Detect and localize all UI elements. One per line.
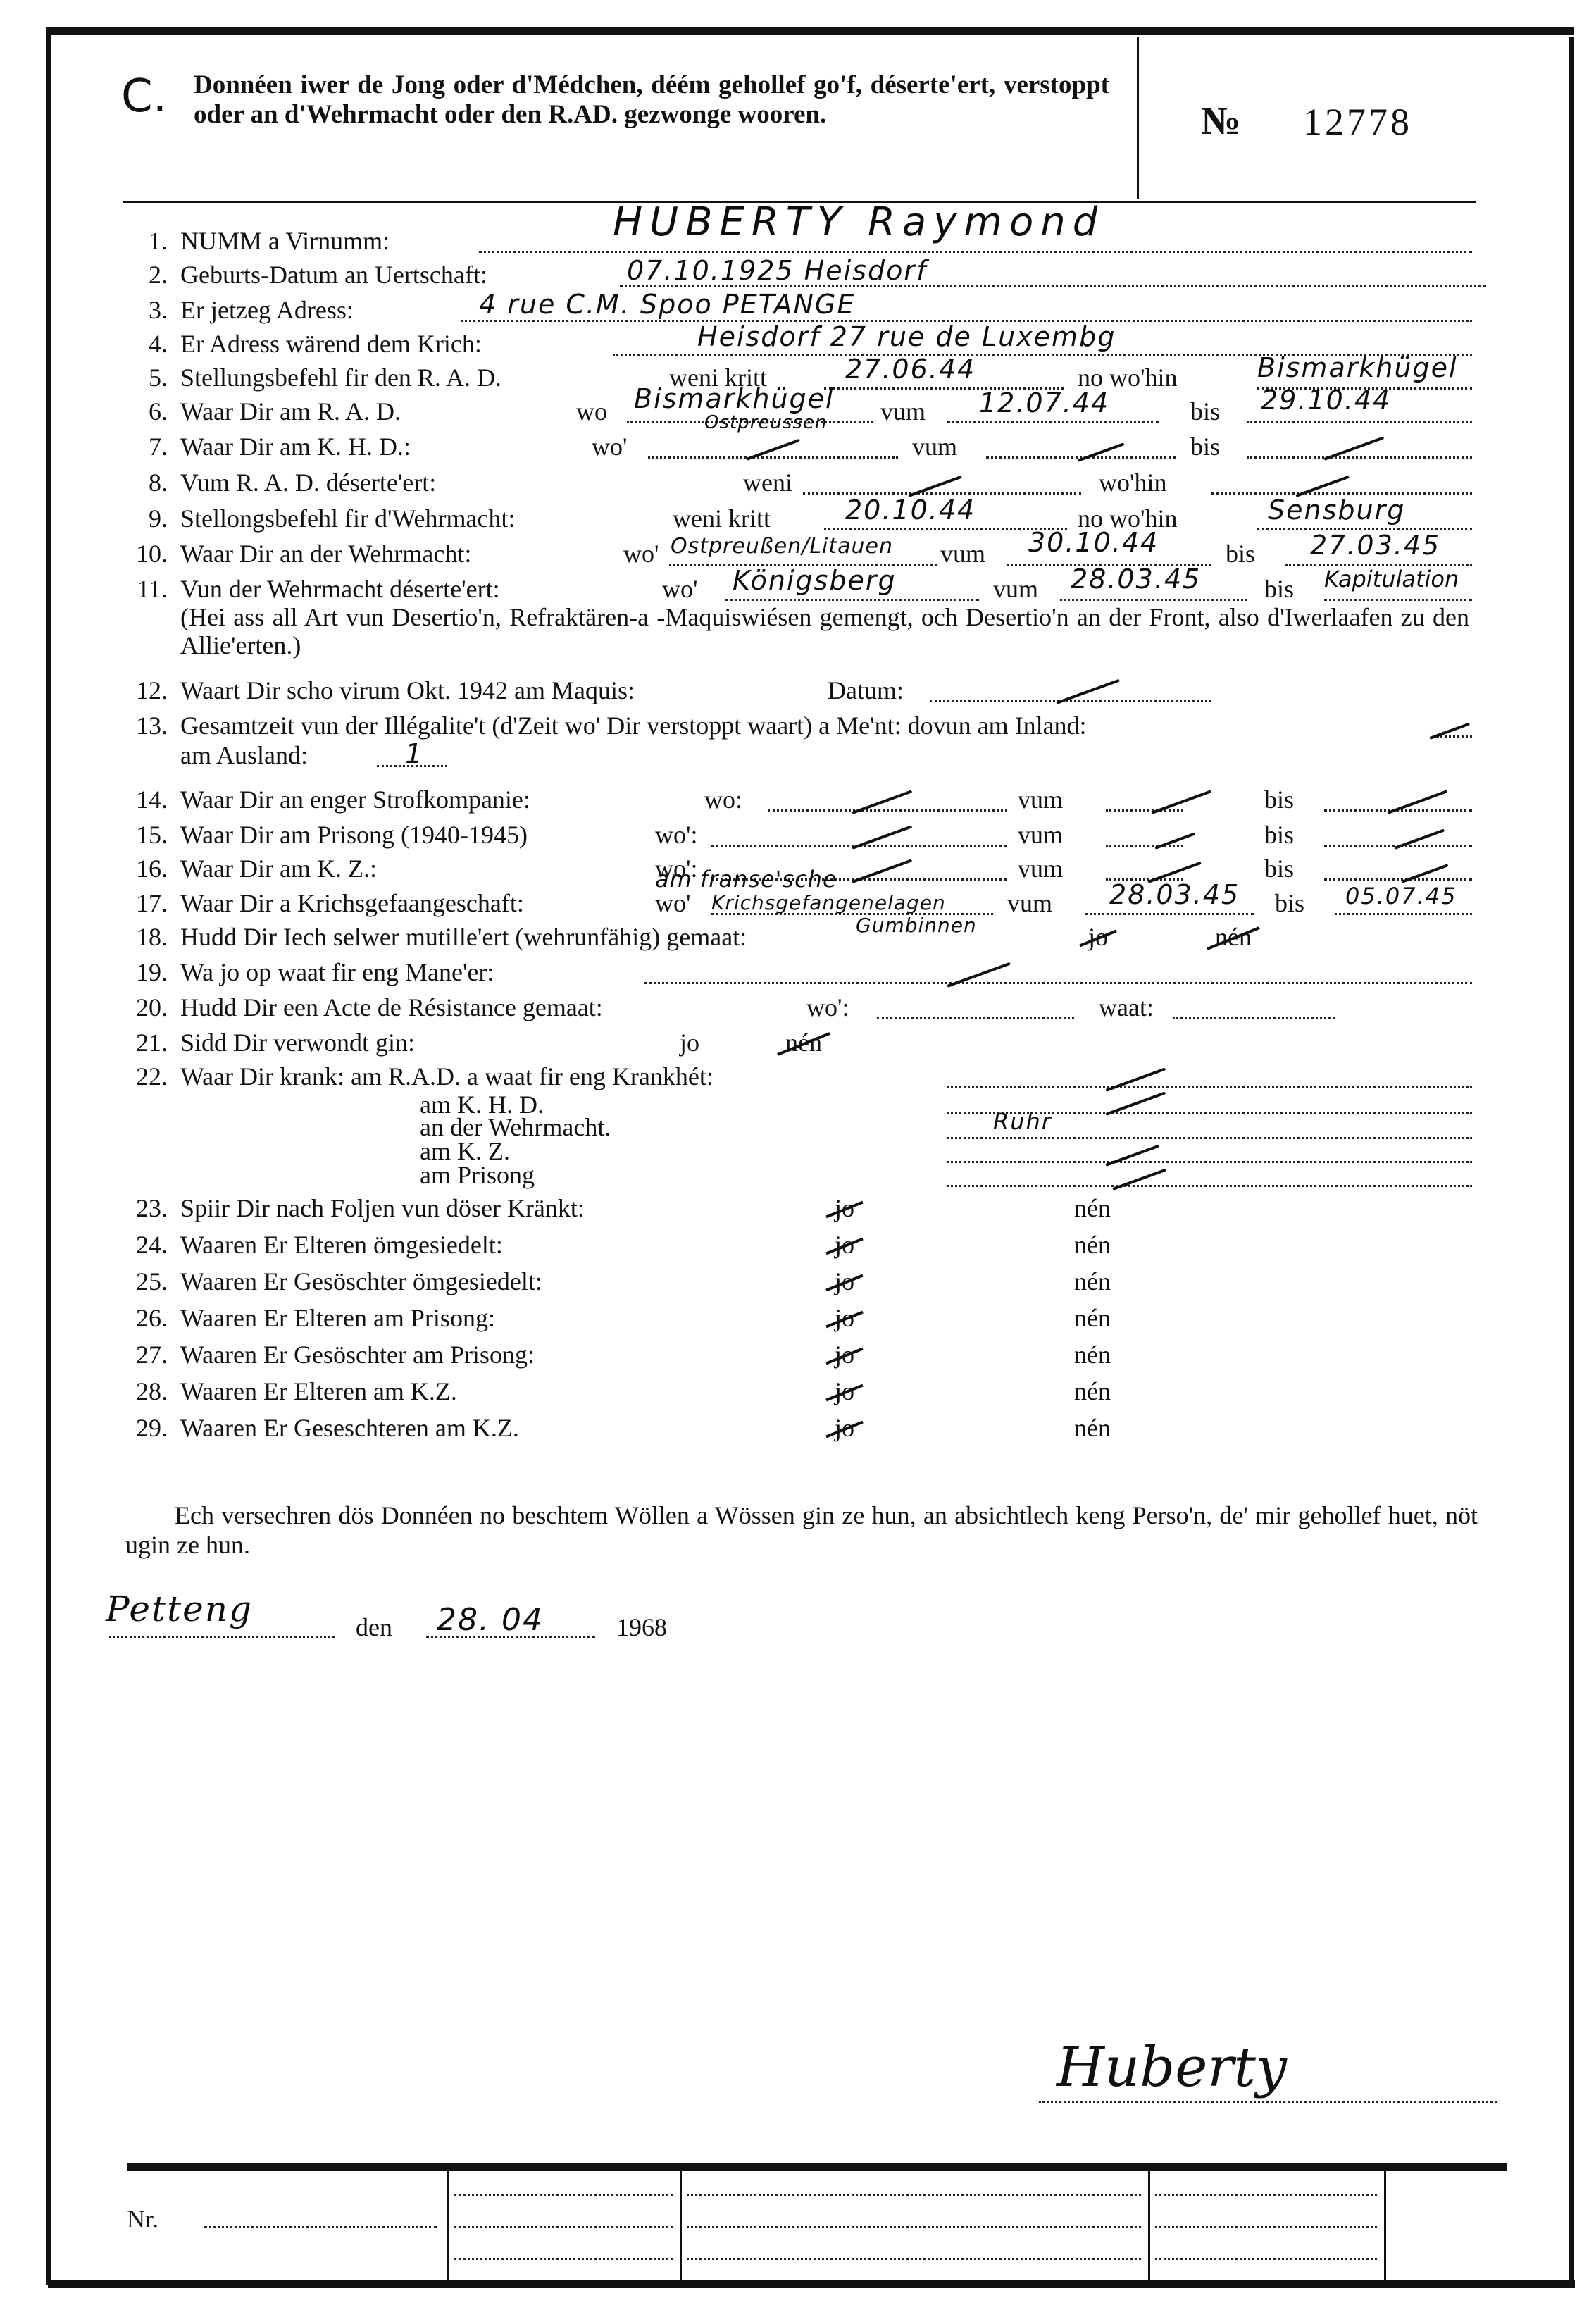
- question-label: Geburts-Datum an Uertschaft:: [180, 261, 487, 289]
- keyword-bis: bis: [1275, 889, 1304, 917]
- keyword-bis: bis: [1190, 433, 1220, 461]
- question-label: Sidd Dir verwondt gin:: [180, 1029, 415, 1057]
- footer-table-column-divider: [1384, 2171, 1386, 2281]
- question-label: Waar Dir am R. A. D.: [180, 397, 401, 425]
- question-row-28: 28.Waaren Er Elteren am K.Z.: [106, 1377, 457, 1405]
- answer-line: [644, 982, 1472, 984]
- question-row-3: 3.Er jetzeg Adress:: [106, 296, 354, 324]
- question-label: Waar Dir an enger Strofkompanie:: [180, 785, 530, 814]
- footer-field[interactable]: [687, 2258, 1141, 2260]
- answer-desertion-from[interactable]: 28.03.45: [1071, 565, 1201, 593]
- keyword-wohin: wo'hin: [1099, 468, 1167, 497]
- question-13-line2: am Ausland:: [180, 741, 308, 769]
- section-title: Donnéen iwer de Jong oder d'Médchen, déé…: [194, 70, 1109, 130]
- footer-field[interactable]: [454, 2194, 673, 2196]
- question-number: 28.: [106, 1377, 168, 1405]
- question-11-note: (Hei ass all Art vun Desertio'n, Refrakt…: [180, 603, 1469, 659]
- option-nen[interactable]: nén: [1074, 1267, 1111, 1295]
- answer-line: [1060, 599, 1247, 601]
- answer-pow-from[interactable]: 28.03.45: [1109, 881, 1240, 909]
- question-number: 25.: [106, 1267, 168, 1295]
- dash-mark: [1105, 1145, 1159, 1167]
- option-jo[interactable]: jo: [835, 1194, 854, 1222]
- header-divider: [1137, 37, 1139, 199]
- footer-table-column-divider: [1148, 2171, 1150, 2281]
- answer-rad-location-sub[interactable]: Ostpreussen: [704, 409, 827, 437]
- question-label: NUMM a Virnumm:: [180, 227, 390, 255]
- signature-date[interactable]: 28. 04: [437, 1606, 544, 1634]
- footer-field[interactable]: [1155, 2258, 1377, 2260]
- dash-mark: [1112, 1169, 1166, 1191]
- question-row-23: 23.Spiir Dir nach Foljen vun döser Kränk…: [106, 1194, 585, 1222]
- question-label: Waar Dir am K. Z.:: [180, 855, 377, 883]
- form-number: 12778: [1303, 100, 1412, 144]
- frame-border-bottom: [48, 2280, 1575, 2288]
- option-jo[interactable]: jo: [835, 1414, 854, 1442]
- question-row-29: 29.Waaren Er Geseschteren am K.Z.: [106, 1414, 519, 1442]
- question-number: 17.: [106, 889, 168, 917]
- option-nen[interactable]: nén: [1074, 1231, 1111, 1259]
- question-number: 20.: [106, 993, 168, 1021]
- label-am-ausland: am Ausland:: [180, 741, 308, 769]
- keyword-vum: vum: [993, 575, 1038, 603]
- footer-field[interactable]: [1155, 2194, 1377, 2196]
- answer-wartime-address[interactable]: Heisdorf 27 rue de Luxembg: [697, 323, 1116, 351]
- frame-border-top: [51, 27, 1574, 35]
- answer-line: [1247, 421, 1472, 423]
- option-jo[interactable]: jo: [680, 1029, 699, 1057]
- question-row-26: 26.Waaren Er Elteren am Prisong:: [106, 1304, 495, 1332]
- question-number: 10.: [106, 540, 168, 568]
- question-number: 19.: [106, 958, 168, 986]
- answer-line: [947, 421, 1159, 423]
- keyword-vum: vum: [1018, 785, 1063, 814]
- option-jo-struck: jo: [835, 1414, 854, 1442]
- question-label: Stellungsbefehl fir den R. A. D.: [180, 363, 501, 392]
- question-number: 11.: [106, 575, 168, 603]
- footer-table-top-rule: [127, 2163, 1507, 2171]
- question-number: 2.: [106, 261, 168, 289]
- frame-border-right: [1569, 37, 1574, 2284]
- option-jo-struck: jo: [835, 1231, 854, 1259]
- answer-line: [947, 1137, 1472, 1139]
- question-row-24: 24.Waaren Er Elteren ömgesiedelt:: [106, 1231, 503, 1259]
- question-number: 22.: [106, 1062, 168, 1090]
- keyword-vum: vum: [880, 397, 926, 425]
- keyword-vum: vum: [912, 433, 957, 461]
- keyword-waat: waat:: [1099, 993, 1154, 1021]
- question-label: Er jetzeg Adress:: [180, 296, 354, 324]
- question-row-11: 11.Vun der Wehrmacht déserte'ert:: [106, 575, 500, 603]
- answer-line: [1106, 845, 1183, 847]
- answer-line: [1324, 599, 1472, 601]
- answer-rad-destination[interactable]: Bismarkhügel: [1257, 354, 1458, 382]
- dash-mark: [1077, 442, 1124, 462]
- question-row-22: 22.Waar Dir krank: am R.A.D. a waat fir …: [106, 1062, 714, 1090]
- answer-line: [1437, 735, 1472, 738]
- answer-pow-location-sub[interactable]: Gumbinnen: [856, 912, 977, 940]
- option-jo[interactable]: jo: [835, 1341, 854, 1369]
- footer-field[interactable]: [1155, 2226, 1377, 2228]
- answer-rad-order-date[interactable]: 27.06.44: [845, 355, 976, 383]
- footer-table-column-divider: [680, 2171, 682, 2281]
- answer-line: [947, 1086, 1472, 1088]
- question-label: Waar Dir am K. H. D.:: [180, 433, 411, 461]
- option-jo-struck: jo: [835, 1341, 854, 1369]
- answer-line: [1106, 809, 1183, 812]
- question-label: Waar Dir krank: am R.A.D. a waat fir eng…: [180, 1062, 714, 1090]
- question-label: Waar Dir an der Wehrmacht:: [180, 540, 471, 568]
- option-nen[interactable]: nén: [1074, 1341, 1111, 1369]
- option-jo[interactable]: jo: [835, 1377, 854, 1405]
- keyword-wo: wo:: [704, 785, 742, 814]
- answer-line: [1335, 913, 1472, 915]
- option-nen[interactable]: nén: [1074, 1377, 1111, 1405]
- number-sign: №: [1201, 99, 1240, 144]
- question-number: 16.: [106, 855, 168, 883]
- option-jo[interactable]: jo: [835, 1267, 854, 1295]
- keyword-wo: wo': [655, 889, 690, 917]
- question-number: 13.: [106, 712, 168, 740]
- footer-field[interactable]: [454, 2258, 673, 2260]
- question-row-16: 16.Waar Dir am K. Z.:: [106, 855, 377, 883]
- question-label: Waaren Er Elteren am K.Z.: [180, 1377, 457, 1405]
- answer-birth[interactable]: 07.10.1925 Heisdorf: [627, 256, 927, 285]
- signature-year: 1968: [616, 1613, 667, 1641]
- question-number: 12.: [106, 676, 168, 704]
- question-number: 3.: [106, 296, 168, 324]
- question-number: 4.: [106, 330, 168, 358]
- option-jo[interactable]: jo: [835, 1304, 854, 1332]
- keyword-vum: vum: [1007, 889, 1052, 917]
- question-row-20: 20.Hudd Dir een Acte de Résistance gemaa…: [106, 993, 603, 1021]
- answer-wehrmacht-location[interactable]: Ostpreußen/Litauen: [671, 533, 893, 561]
- question-row-9: 9.Stellongsbefehl fir d'Wehrmacht:: [106, 504, 515, 533]
- signature-place[interactable]: Petteng: [106, 1595, 253, 1623]
- keyword-bis: bis: [1264, 821, 1294, 849]
- option-jo-struck: jo: [835, 1377, 854, 1405]
- answer-desertion-to[interactable]: Kapitulation: [1324, 565, 1459, 593]
- keyword-vum: vum: [1018, 855, 1063, 883]
- sub-label: am Prisong: [420, 1161, 535, 1189]
- keyword-bis: bis: [1226, 540, 1255, 568]
- question-label: Waaren Er Gesöschter ömgesiedelt:: [180, 1267, 542, 1295]
- keyword-datum: Datum:: [828, 676, 904, 704]
- footer-nr-label: Nr.: [127, 2205, 158, 2233]
- answer-line: [1085, 913, 1254, 915]
- footer-field[interactable]: [687, 2194, 1141, 2196]
- answer-illness-wehrmacht[interactable]: Ruhr: [993, 1107, 1052, 1136]
- question-row-5: 5.Stellungsbefehl fir den R. A. D.: [106, 363, 501, 392]
- answer-wehrmacht-from[interactable]: 30.10.44: [1028, 528, 1159, 557]
- answer-desertion-location[interactable]: Königsberg: [733, 566, 897, 595]
- question-label: Wa jo op waat fir eng Mane'er:: [180, 958, 494, 986]
- question-row-2: 2.Geburts-Datum an Uertschaft:: [106, 261, 487, 289]
- question-row-25: 25.Waaren Er Gesöschter ömgesiedelt:: [106, 1267, 542, 1295]
- keyword-wo: wo':: [806, 993, 849, 1021]
- keyword-wo: wo': [662, 575, 697, 603]
- question-number: 23.: [106, 1194, 168, 1222]
- question-number: 1.: [106, 227, 168, 255]
- question-number: 15.: [106, 821, 168, 849]
- question-number: 18.: [106, 923, 168, 951]
- label-den: den: [356, 1613, 392, 1641]
- question-number: 26.: [106, 1304, 168, 1332]
- question-label: Waar Dir am Prisong (1940-1945): [180, 821, 528, 849]
- option-nen-struck: nén: [1215, 923, 1252, 951]
- question-number: 6.: [106, 397, 168, 425]
- option-nen[interactable]: nén: [785, 1029, 822, 1057]
- answer-line: [947, 1185, 1472, 1187]
- question-label: Gesamtzeit vun der Illégalite't (d'Zeit …: [180, 712, 1087, 740]
- frame-border-left: [46, 27, 51, 2285]
- question-row-7: 7.Waar Dir am K. H. D.:: [106, 433, 411, 461]
- option-jo-struck: jo: [1088, 923, 1108, 951]
- answer-line: [947, 1161, 1472, 1163]
- question-label: Waar Dir a Krichsgefaangeschaft:: [180, 889, 524, 917]
- keyword-bis: bis: [1264, 785, 1294, 814]
- option-nen[interactable]: nén: [1215, 923, 1252, 951]
- keyword-wo: wo':: [655, 821, 698, 849]
- question-number: 27.: [106, 1341, 168, 1369]
- answer-wehrmacht-order-date[interactable]: 20.10.44: [845, 496, 976, 524]
- answer-line: [109, 1636, 335, 1638]
- answer-line: [1247, 456, 1472, 459]
- question-row-13: 13.Gesamtzeit vun der Illégalite't (d'Ze…: [106, 712, 1087, 740]
- answer-line: [725, 599, 979, 601]
- question-label: Waaren Er Elteren ömgesiedelt:: [180, 1231, 503, 1259]
- keyword-wo: wo': [592, 433, 627, 461]
- question-label: Spiir Dir nach Foljen vun döser Kränkt:: [180, 1194, 585, 1222]
- footer-table-column-divider: [447, 2171, 449, 2281]
- keyword-bis: bis: [1190, 397, 1220, 425]
- question-label: Vun der Wehrmacht déserte'ert:: [180, 575, 500, 603]
- answer-field-resistance-where[interactable]: [877, 1017, 1074, 1019]
- answer-name[interactable]: HUBERTY Raymond: [613, 209, 1104, 237]
- answer-line: [1324, 878, 1472, 881]
- option-nen[interactable]: nén: [1074, 1304, 1111, 1332]
- answer-line: [930, 700, 1211, 702]
- option-jo-struck: jo: [835, 1304, 854, 1332]
- question-label: Waaren Er Gesöschter am Prisong:: [180, 1341, 535, 1369]
- footer-field[interactable]: [687, 2226, 1141, 2228]
- question-row-10: 10.Waar Dir an der Wehrmacht:: [106, 540, 471, 568]
- question-row-4: 4.Er Adress wärend dem Krich:: [106, 330, 482, 358]
- declaration-text: Ech versechren dös Donnéen no beschtem W…: [125, 1500, 1478, 1560]
- answer-line: [768, 809, 1007, 812]
- dash-mark: [1154, 833, 1195, 850]
- question-number: 8.: [106, 468, 168, 497]
- answer-rad-to[interactable]: 29.10.44: [1261, 386, 1391, 414]
- question-row-21: 21.Sidd Dir verwondt gin:: [106, 1029, 415, 1057]
- answer-wehrmacht-destination[interactable]: Sensburg: [1268, 496, 1405, 524]
- answer-line: [648, 456, 898, 459]
- question-row-17: 17.Waar Dir a Krichsgefaangeschaft:: [106, 889, 524, 917]
- answer-pow-to[interactable]: 05.07.45: [1345, 882, 1457, 910]
- answer-rad-from[interactable]: 12.07.44: [979, 389, 1109, 417]
- option-nen[interactable]: nén: [1074, 1194, 1111, 1222]
- section-letter: C.: [121, 70, 167, 123]
- question-label: Er Adress wärend dem Krich:: [180, 330, 482, 358]
- footer-nr-field[interactable]: [204, 2226, 437, 2228]
- question-row-8: 8.Vum R. A. D. déserte'ert:: [106, 468, 436, 497]
- question-label: Waaren Er Elteren am Prisong:: [180, 1304, 495, 1332]
- keyword-wo: wo: [576, 397, 607, 425]
- option-jo[interactable]: jo: [1088, 923, 1108, 951]
- question-label: Hudd Dir Iech selwer mutille'ert (wehrun…: [180, 923, 747, 951]
- question-22-sub-prisong: am Prisong: [420, 1161, 535, 1189]
- question-label: Hudd Dir een Acte de Résistance gemaat:: [180, 993, 603, 1021]
- question-row-27: 27.Waaren Er Gesöschter am Prisong:: [106, 1341, 535, 1369]
- option-jo-struck: jo: [835, 1267, 854, 1295]
- keyword-wo: wo': [623, 540, 659, 568]
- option-nen[interactable]: nén: [1074, 1414, 1111, 1442]
- question-number: 7.: [106, 433, 168, 461]
- keyword-weni-kritt: weni kritt: [673, 504, 771, 533]
- question-label: Stellongsbefehl fir d'Wehrmacht:: [180, 504, 515, 533]
- answer-months-abroad[interactable]: 1: [405, 740, 423, 768]
- question-row-15: 15.Waar Dir am Prisong (1940-1945): [106, 821, 528, 849]
- footer-field[interactable]: [454, 2226, 673, 2228]
- keyword-vum: vum: [940, 540, 985, 568]
- option-jo-struck: jo: [835, 1194, 854, 1222]
- signature-line: [1039, 2101, 1497, 2103]
- question-row-6: 6.Waar Dir am R. A. D.: [106, 397, 401, 425]
- question-number: 29.: [106, 1414, 168, 1442]
- answer-current-address[interactable]: 4 rue C.M. Spoo PETANGE: [479, 290, 855, 318]
- question-number: 14.: [106, 785, 168, 814]
- signature: Huberty: [1057, 2036, 1287, 2099]
- keyword-weni: weni: [743, 468, 792, 497]
- question-label: Waart Dir scho virum Okt. 1942 am Maquis…: [180, 676, 635, 704]
- question-number: 5.: [106, 363, 168, 392]
- answer-wehrmacht-to[interactable]: 27.03.45: [1310, 531, 1440, 559]
- question-number: 9.: [106, 504, 168, 533]
- question-row-19: 19.Wa jo op waat fir eng Mane'er:: [106, 958, 494, 986]
- option-jo[interactable]: jo: [835, 1231, 854, 1259]
- keyword-bis: bis: [1264, 855, 1294, 883]
- question-label: Vum R. A. D. déserte'ert:: [180, 468, 436, 497]
- question-number: 21.: [106, 1029, 168, 1057]
- question-row-18: 18.Hudd Dir Iech selwer mutille'ert (weh…: [106, 923, 747, 951]
- question-label: Waaren Er Geseschteren am K.Z.: [180, 1414, 519, 1442]
- option-nen-struck: nén: [785, 1029, 822, 1057]
- question-row-12: 12.Waart Dir scho virum Okt. 1942 am Maq…: [106, 676, 635, 704]
- question-row-14: 14.Waar Dir an enger Strofkompanie:: [106, 785, 530, 814]
- answer-line: [479, 251, 1472, 253]
- keyword-bis: bis: [1264, 575, 1294, 603]
- question-row-1: 1.NUMM a Virnumm:: [106, 227, 390, 255]
- keyword-vum: vum: [1018, 821, 1063, 849]
- answer-field-resistance-what[interactable]: [1173, 1017, 1335, 1019]
- question-number: 24.: [106, 1231, 168, 1259]
